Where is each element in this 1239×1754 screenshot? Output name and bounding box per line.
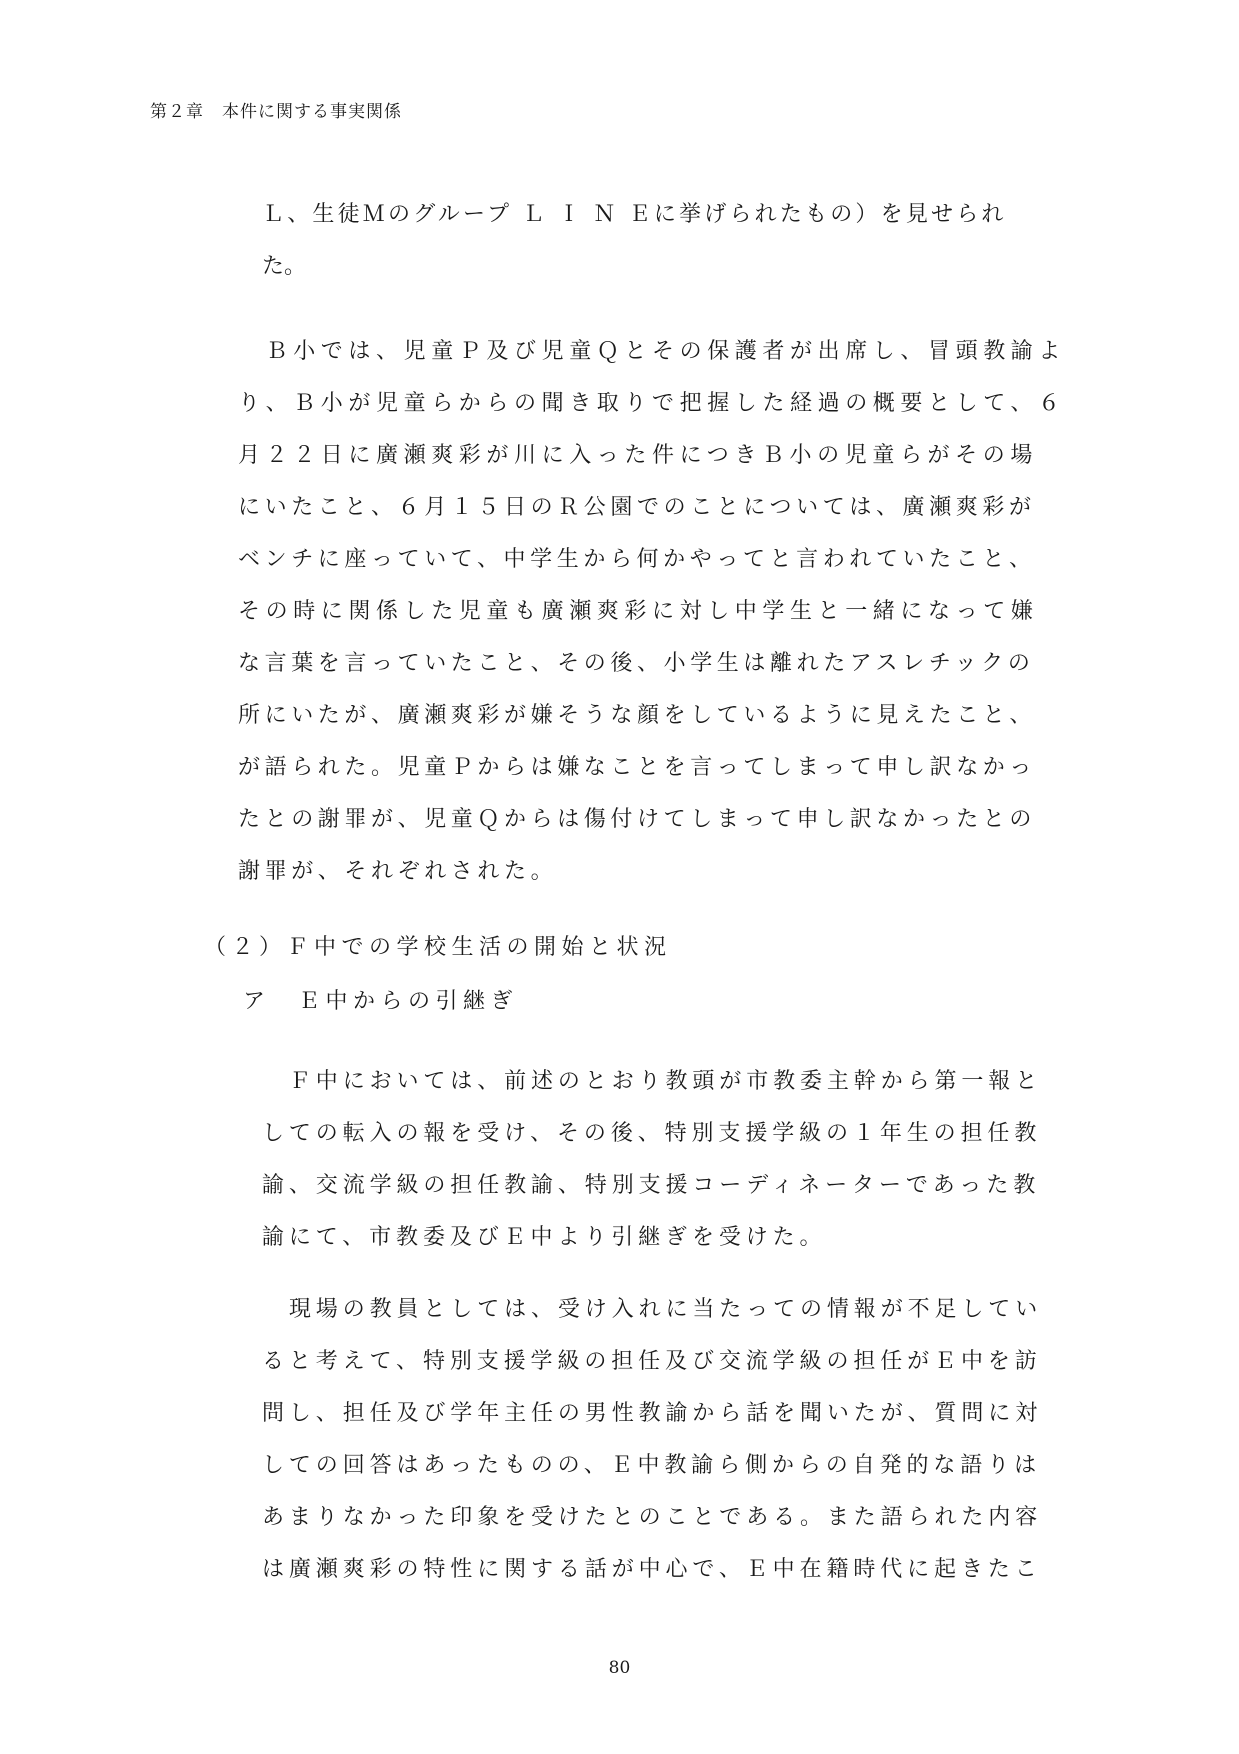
body-line: にいたこと、６月１５日のＲ公園でのことについては、廣瀬爽彩が <box>238 490 1036 521</box>
body-line: た。 <box>262 249 306 280</box>
subsection-heading: ア Ｅ中からの引継ぎ <box>243 984 518 1015</box>
body-line: ベンチに座っていて、中学生から何かやってと言われていたこと、 <box>238 542 1036 573</box>
body-line: その時に関係した児童も廣瀬爽彩に対し中学生と一緒になって嫌 <box>238 594 1038 625</box>
body-line: な言葉を言っていたこと、その後、小学生は離れたアスレチックの <box>238 646 1034 677</box>
section-heading: （２）Ｆ中での学校生活の開始と状況 <box>204 930 672 961</box>
body-line: ると考えて、特別支援学級の担任及び交流学級の担任がＥ中を訪 <box>262 1344 1042 1375</box>
body-line: 月２２日に廣瀬爽彩が川に入った件につきＢ小の児童らがその場 <box>238 438 1038 469</box>
body-line: Ｆ中においては、前述のとおり教頭が市教委主幹から第一報と <box>262 1064 1042 1095</box>
body-line: Ｂ小では、児童Ｐ及び児童Ｑとその保護者が出席し、冒頭教諭よ <box>238 334 1066 365</box>
body-line: は廣瀬爽彩の特性に関する話が中心で、Ｅ中在籍時代に起きたこ <box>262 1552 1042 1583</box>
body-line: が語られた。児童Ｐからは嫌なことを言ってしまって申し訳なかっ <box>238 750 1036 781</box>
chapter-header: 第２章 本件に関する事実関係 <box>150 97 402 122</box>
body-line: 諭、交流学級の担任教諭、特別支援コーディネーターであった教 <box>262 1168 1040 1199</box>
body-line: しての回答はあったものの、Ｅ中教諭ら側からの自発的な語りは <box>262 1448 1041 1479</box>
body-line: 所にいたが、廣瀬爽彩が嫌そうな顔をしているように見えたこと、 <box>238 698 1036 729</box>
body-line: 問し、担任及び学年主任の男性教諭から話を聞いたが、質問に対 <box>262 1396 1042 1427</box>
page-number: 80 <box>0 1658 1239 1678</box>
body-line: あまりなかった印象を受けたとのことである。また語られた内容 <box>262 1500 1042 1531</box>
body-line: 諭にて、市教委及びＥ中より引継ぎを受けた。 <box>262 1220 826 1251</box>
body-line: 謝罪が、それぞれされた。 <box>238 854 557 885</box>
body-line: たとの謝罪が、児童Ｑからは傷付けてしまって申し訳なかったとの <box>238 802 1036 833</box>
body-line: しての転入の報を受け、その後、特別支援学級の１年生の担任教 <box>262 1116 1041 1147</box>
body-line: Ｌ、生徒Ｍのグループ Ｌ Ｉ Ｎ Ｅに挙げられたもの）を見せられ <box>262 197 1007 228</box>
body-line: 現場の教員としては、受け入れに当たっての情報が不足してい <box>262 1292 1042 1323</box>
body-line: り、Ｂ小が児童らからの聞き取りで把握した経過の概要として、６ <box>238 386 1066 417</box>
